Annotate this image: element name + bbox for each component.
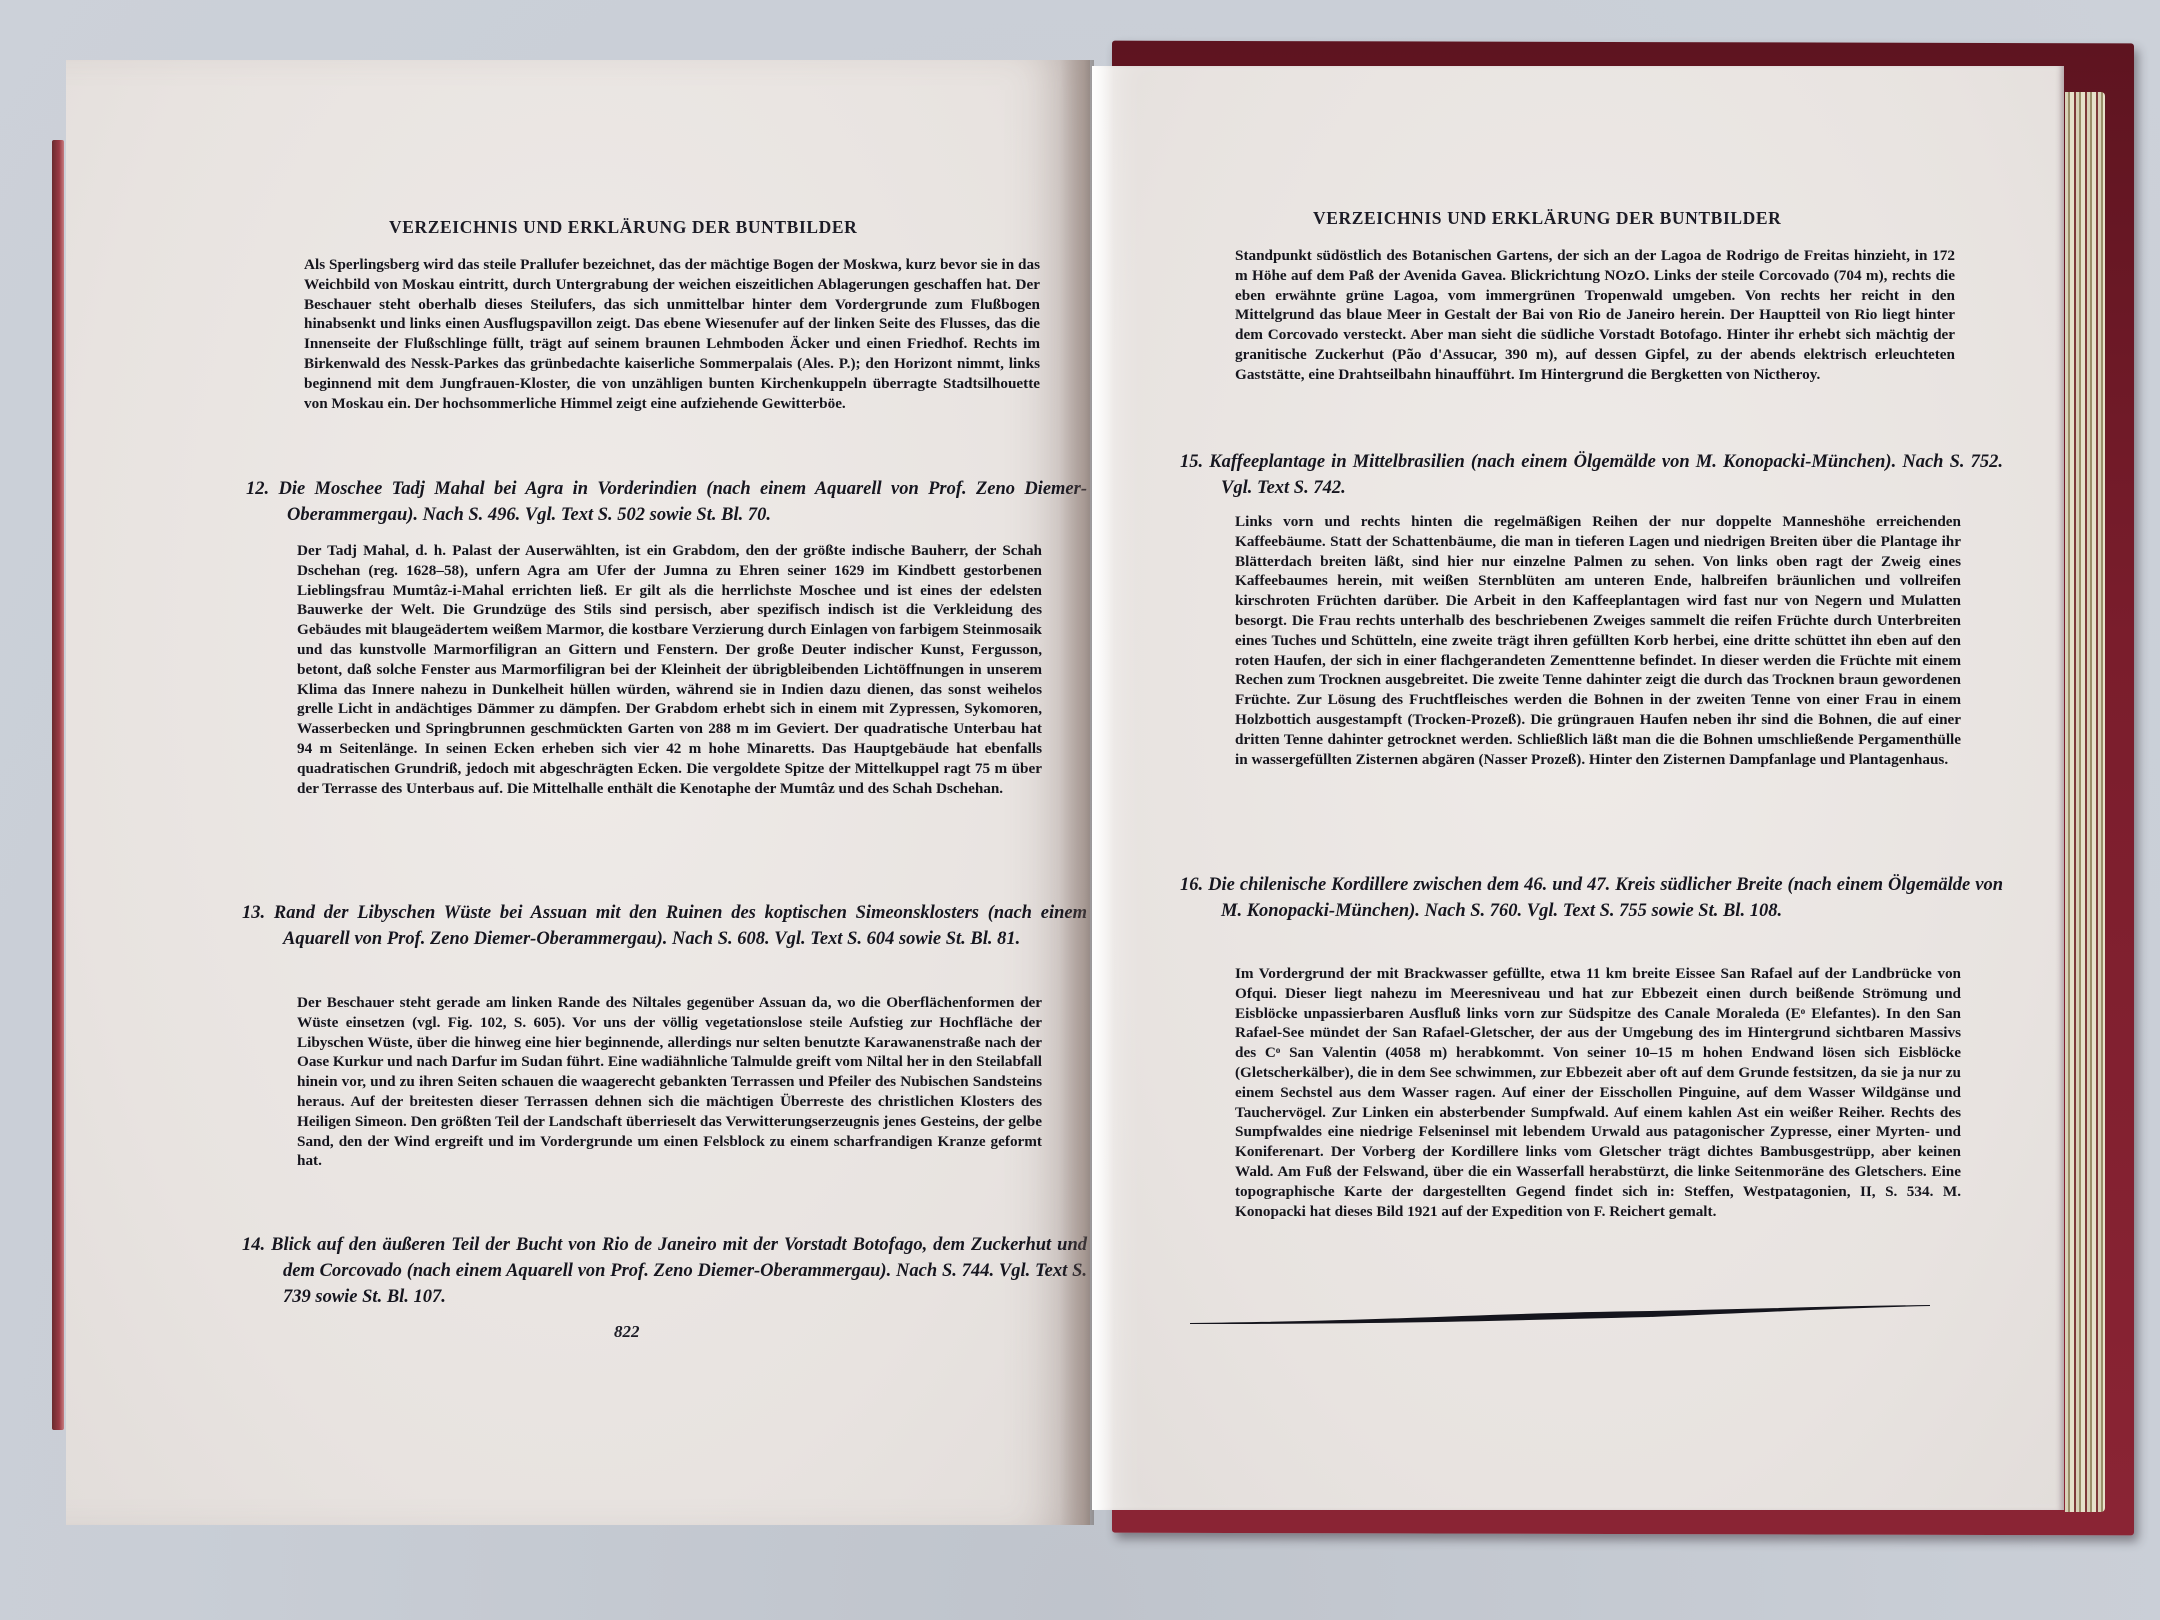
- continuation-paragraph-left: Als Sperlingsberg wird das steile Prallu…: [304, 255, 1040, 413]
- entry-12-title-text: Die Moschee Tadj Mahal bei Agra in Vorde…: [278, 479, 1087, 525]
- entry-14-number: 14.: [242, 1235, 265, 1255]
- entry-14-title: 14. Blick auf den äußeren Teil der Bucht…: [242, 1232, 1087, 1310]
- entry-13-body: Der Beschauer steht gerade am linken Ran…: [297, 993, 1042, 1171]
- entry-16-title-text: Die chilenische Kordillere zwischen dem …: [1208, 875, 2003, 921]
- entry-15-number: 15.: [1180, 452, 1203, 472]
- entry-12-title: 12. Die Moschee Tadj Mahal bei Agra in V…: [246, 476, 1087, 528]
- page-block-edges: [2065, 92, 2105, 1512]
- entry-12-number: 12.: [246, 479, 269, 499]
- end-ornament-rule: [1190, 1303, 1930, 1327]
- running-head-left: VERZEICHNIS UND ERKLÄRUNG DER BUNTBILDER: [389, 217, 857, 238]
- entry-12-body: Der Tadj Mahal, d. h. Palast der Auserwä…: [297, 541, 1042, 798]
- entry-15-title: 15. Kaffeeplantage in Mittelbrasilien (n…: [1180, 449, 2003, 501]
- right-page: VERZEICHNIS UND ERKLÄRUNG DER BUNTBILDER…: [1092, 66, 2064, 1510]
- entry-16-body: Im Vordergrund der mit Brackwasser gefül…: [1235, 964, 1961, 1221]
- entry-15-body: Links vorn und rechts hinten die regelmä…: [1235, 512, 1961, 769]
- entry-13-title-text: Rand der Libyschen Wüste bei Assuan mit …: [274, 903, 1087, 949]
- continuation-paragraph-right: Standpunkt südöstlich des Botanischen Ga…: [1235, 246, 1955, 385]
- entry-16-number: 16.: [1180, 875, 1203, 895]
- running-head-right: VERZEICHNIS UND ERKLÄRUNG DER BUNTBILDER: [1313, 208, 1781, 229]
- entry-13-number: 13.: [242, 903, 265, 923]
- left-page: VERZEICHNIS UND ERKLÄRUNG DER BUNTBILDER…: [66, 60, 1090, 1525]
- page-number: 822: [614, 1322, 640, 1342]
- entry-13-title: 13. Rand der Libyschen Wüste bei Assuan …: [242, 900, 1087, 952]
- entry-15-title-text: Kaffeeplantage in Mittelbrasilien (nach …: [1209, 452, 2003, 498]
- gutter-highlight: [1092, 66, 1114, 1510]
- gutter-shadow: [1060, 60, 1094, 1525]
- book-spine-left-edge: [52, 140, 64, 1430]
- entry-14-title-text: Blick auf den äußeren Teil der Bucht von…: [271, 1235, 1087, 1307]
- entry-16-title: 16. Die chilenische Kordillere zwischen …: [1180, 872, 2003, 924]
